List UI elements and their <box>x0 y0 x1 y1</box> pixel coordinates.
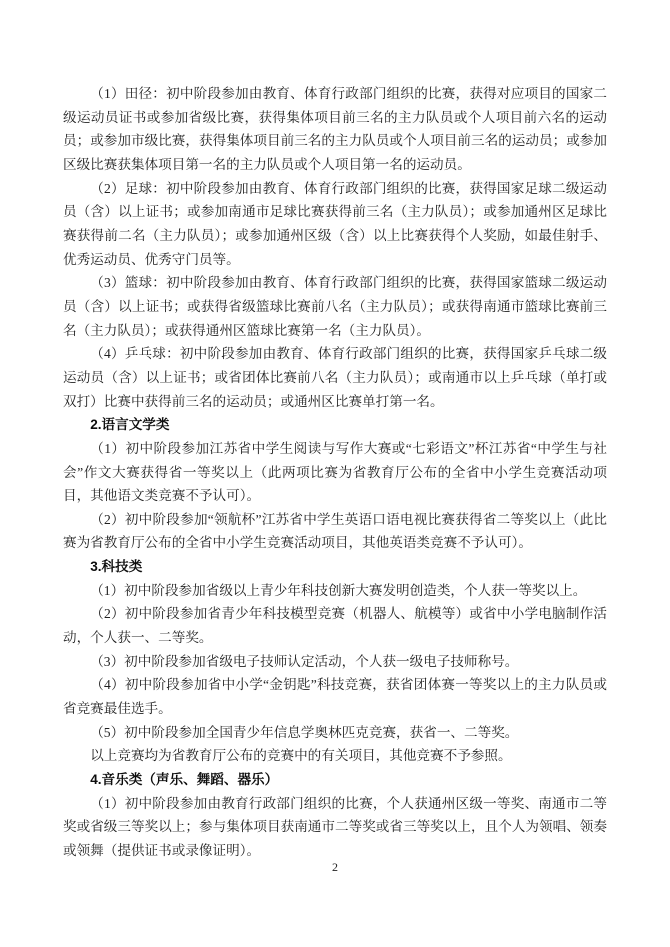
body-paragraph: （4）初中阶段参加省中小学“金钥匙”科技竞赛，获省团体赛一等奖以上的主力队员或省… <box>63 673 607 720</box>
page-number: 2 <box>0 860 670 875</box>
body-paragraph: （2）初中阶段参加“领航杯”江苏省中学生英语口语电视比赛获得省二等奖以上（此比赛… <box>63 508 607 555</box>
body-paragraph: 以上竞赛均为省教育厅公布的竞赛中的有关项目，其他竞赛不予参照。 <box>63 744 607 768</box>
body-paragraph: （4）乒乓球：初中阶段参加由教育、体育行政部门组织的比赛，获得国家乒乓球二级运动… <box>63 342 607 413</box>
body-paragraph: （3）篮球：初中阶段参加由教育、体育行政部门组织的比赛，获得国家篮球二级运动员（… <box>63 271 607 342</box>
body-paragraph: （5）初中阶段参加全国青少年信息学奥林匹克竞赛，获省一、二等奖。 <box>63 721 607 745</box>
body-paragraph: （1）田径：初中阶段参加由教育、体育行政部门组织的比赛，获得对应项目的国家二级运… <box>63 82 607 177</box>
body-paragraph: （1）初中阶段参加省级以上青少年科技创新大赛发明创造类，个人获一等奖以上。 <box>63 579 607 603</box>
document-page: （1）田径：初中阶段参加由教育、体育行政部门组织的比赛，获得对应项目的国家二级运… <box>0 0 670 947</box>
body-paragraph: （1）初中阶段参加由教育行政部门组织的比赛，个人获通州区级一等奖、南通市二等奖或… <box>63 792 607 863</box>
section-heading: 4.音乐类（声乐、舞蹈、器乐） <box>63 768 607 792</box>
section-heading: 2.语言文学类 <box>63 413 607 437</box>
body-paragraph: （2）足球：初中阶段参加由教育、体育行政部门组织的比赛，获得国家足球二级运动员（… <box>63 177 607 272</box>
body-paragraph: （3）初中阶段参加省级电子技师认定活动，个人获一级电子技师称号。 <box>63 650 607 674</box>
body-paragraph: （1）初中阶段参加江苏省中学生阅读与写作大赛或“七彩语文”杯江苏省“中学生与社会… <box>63 437 607 508</box>
body-paragraph: （2）初中阶段参加省青少年科技模型竞赛（机器人、航模等）或省中小学电脑制作活动，… <box>63 602 607 649</box>
document-body: （1）田径：初中阶段参加由教育、体育行政部门组织的比赛，获得对应项目的国家二级运… <box>63 82 607 863</box>
section-heading: 3.科技类 <box>63 555 607 579</box>
